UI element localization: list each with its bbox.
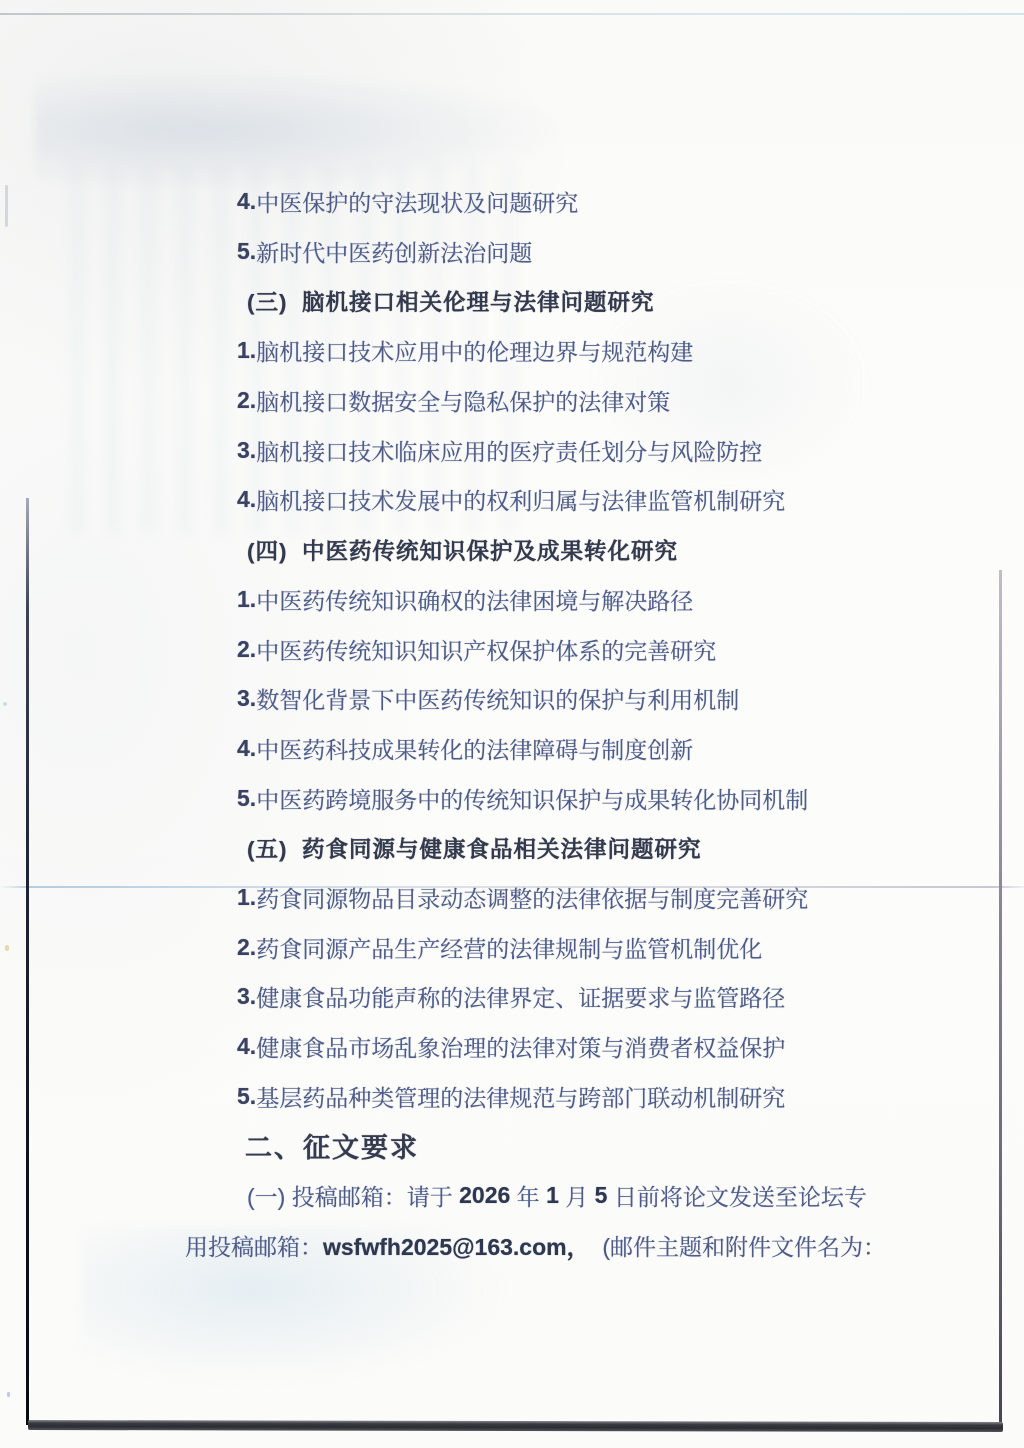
text-line: 4.中医保护的守法现状及问题研究 <box>0 177 1024 227</box>
text-line: 4.脑机接口技术发展中的权利归属与法律监管机制研究 <box>0 475 1024 525</box>
line-segment: 日前将论文发送至论坛专 <box>607 1179 866 1212</box>
bottom-scan-edge-bar <box>28 1420 1003 1432</box>
text-line: 2.药食同源产品生产经营的法律规制与监管机制优化 <box>0 922 1024 972</box>
line-text: 脑机接口技术应用中的伦理边界与规范构建 <box>256 334 693 367</box>
text-line: 1.药食同源物品目录动态调整的法律依据与制度完善研究 <box>0 873 1024 923</box>
line-number: 4. <box>237 486 256 513</box>
line-text: (四) 中医药传统知识保护及成果转化研究 <box>247 534 678 566</box>
text-line: 1.中医药传统知识确权的法律困境与解决路径 <box>0 575 1024 625</box>
text-line: 3.健康食品功能声称的法律界定、证据要求与监管路径 <box>0 972 1024 1022</box>
scan-speck <box>7 1392 10 1397</box>
text-line: (四) 中医药传统知识保护及成果转化研究 <box>0 525 1024 575</box>
line-segment: 年 <box>510 1179 546 1212</box>
text-line: 用投稿邮箱：wsfwfh2025@163.com， (邮件主题和附件文件名为： <box>0 1220 1024 1270</box>
line-text: 健康食品功能声称的法律界定、证据要求与监管路径 <box>256 980 785 1013</box>
line-text: 数智化背景下中医药传统知识的保护与利用机制 <box>256 682 739 715</box>
line-text: 健康食品市场乱象治理的法律对策与消费者权益保护 <box>256 1030 785 1063</box>
line-segment: wsfwfh2025@163.com， <box>323 1229 590 1262</box>
line-segment: 月 <box>559 1179 595 1212</box>
line-number: 5. <box>237 238 256 265</box>
line-segment: 用投稿邮箱： <box>185 1229 323 1262</box>
text-line: 1.脑机接口技术应用中的伦理边界与规范构建 <box>0 326 1024 376</box>
text-line: (五) 药食同源与健康食品相关法律问题研究 <box>0 823 1024 873</box>
text-line: 2.中医药传统知识知识产权保护体系的完善研究 <box>0 624 1024 674</box>
text-line: 5.基层药品种类管理的法律规范与跨部门联动机制研究 <box>0 1071 1024 1121</box>
line-text: (五) 药食同源与健康食品相关法律问题研究 <box>247 832 702 864</box>
line-text: 脑机接口技术发展中的权利归属与法律监管机制研究 <box>256 483 785 516</box>
line-number: 2. <box>237 934 256 961</box>
line-number: 1. <box>237 337 256 364</box>
line-number: 5. <box>237 785 256 812</box>
text-line: 2.脑机接口数据安全与隐私保护的法律对策 <box>0 376 1024 426</box>
line-text: 基层药品种类管理的法律规范与跨部门联动机制研究 <box>256 1080 785 1113</box>
line-number: 5. <box>237 1083 256 1110</box>
text-line: 5.中医药跨境服务中的传统知识保护与成果转化协同机制 <box>0 773 1024 823</box>
line-text: 脑机接口技术临床应用的医疗责任划分与风险防控 <box>256 434 762 467</box>
line-number: 4. <box>237 1033 256 1060</box>
text-line: 4.健康食品市场乱象治理的法律对策与消费者权益保护 <box>0 1022 1024 1072</box>
line-text: 新时代中医药创新法治问题 <box>256 235 532 268</box>
text-line: 4.中医药科技成果转化的法律障碍与制度创新 <box>0 724 1024 774</box>
line-text: (三) 脑机接口相关伦理与法律问题研究 <box>247 285 655 317</box>
text-line: 3.数智化背景下中医药传统知识的保护与利用机制 <box>0 674 1024 724</box>
line-segment: 2026 <box>459 1182 510 1209</box>
line-number: 3. <box>237 685 256 712</box>
text-line: 5.新时代中医药创新法治问题 <box>0 227 1024 277</box>
document-lines: 4.中医保护的守法现状及问题研究5.新时代中医药创新法治问题(三) 脑机接口相关… <box>0 177 1024 1270</box>
line-number: 4. <box>237 735 256 762</box>
line-text: 中医药科技成果转化的法律障碍与制度创新 <box>256 732 693 765</box>
text-line: (三) 脑机接口相关伦理与法律问题研究 <box>0 276 1024 326</box>
line-text: 中医药跨境服务中的传统知识保护与成果转化协同机制 <box>256 782 808 815</box>
bleed-through-smudge <box>35 68 580 193</box>
text-line: 3.脑机接口技术临床应用的医疗责任划分与风险防控 <box>0 425 1024 475</box>
page-top-edge-line <box>0 13 1024 15</box>
line-segment: (邮件主题和附件文件名为： <box>590 1229 886 1262</box>
line-number: 3. <box>237 983 256 1010</box>
line-number: 1. <box>237 884 256 911</box>
line-number: 2. <box>237 387 256 414</box>
line-number: 1. <box>237 586 256 613</box>
text-line: (一) 投稿邮箱：请于 2026 年 1 月 5 日前将论文发送至论坛专 <box>0 1171 1024 1221</box>
line-number: 4. <box>237 188 256 215</box>
line-segment: 5 <box>595 1182 608 1209</box>
line-text: 脑机接口数据安全与隐私保护的法律对策 <box>256 384 670 417</box>
line-text: 药食同源物品目录动态调整的法律依据与制度完善研究 <box>256 881 808 914</box>
text-line: 二、征文要求 <box>0 1121 1024 1171</box>
scanned-page: 4.中医保护的守法现状及问题研究5.新时代中医药创新法治问题(三) 脑机接口相关… <box>0 0 1024 1448</box>
line-text: 中医药传统知识确权的法律困境与解决路径 <box>256 583 693 616</box>
line-segment: 1 <box>546 1182 559 1209</box>
line-number: 2. <box>237 636 256 663</box>
line-text: 二、征文要求 <box>245 1126 419 1165</box>
line-text: 药食同源产品生产经营的法律规制与监管机制优化 <box>256 931 762 964</box>
line-text: 中医保护的守法现状及问题研究 <box>256 185 578 218</box>
line-segment: (一) 投稿邮箱：请于 <box>247 1179 459 1212</box>
line-number: 3. <box>237 437 256 464</box>
line-text: 中医药传统知识知识产权保护体系的完善研究 <box>256 633 716 666</box>
